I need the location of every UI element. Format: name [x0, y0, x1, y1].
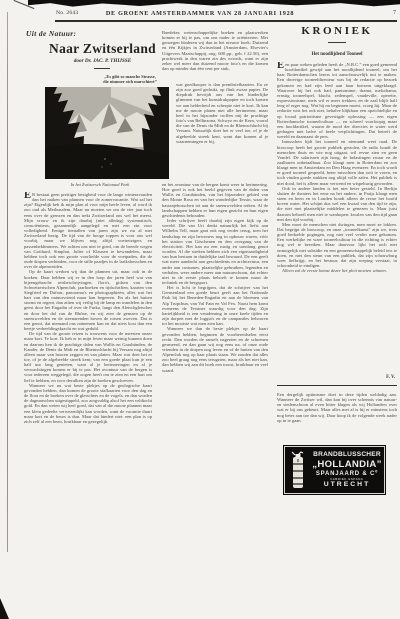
- kroniek-title: KRONIEK: [277, 25, 397, 37]
- header-rule: [55, 20, 397, 22]
- kroniek-after-paragraph: Een dergelijk optimisme doet in deze tij…: [277, 392, 397, 442]
- paragraph: Op de kaart werken wij dan de plannen ui…: [24, 269, 152, 331]
- byline-divider: [94, 68, 110, 69]
- masthead-title: DE GROENE AMSTERDAMMER VAN 28 JANUARI 19…: [0, 10, 400, 17]
- ad-line-city: UTRECHT: [308, 482, 386, 489]
- drop-cap: E: [277, 62, 285, 71]
- fire-extinguisher-icon: [289, 450, 307, 490]
- paragraph: De tijd van de groote reizen is trouwens…: [24, 331, 152, 383]
- kroniek-subheading: Het noodlijdend Tooneel: [277, 52, 397, 57]
- paragraph: Het is licht te begrijpen, dat de schrij…: [162, 285, 268, 326]
- article-title: Naar Zwitserland: [35, 41, 170, 57]
- paragraph: wat goedkooper is dan prentbriefkaarten.…: [176, 82, 268, 144]
- page-left-edge-line: [7, 12, 8, 552]
- ad-line-company: SPANJAARD & Cº: [308, 471, 386, 477]
- torn-paper-edge: [28, 0, 400, 7]
- kroniek-body: Een paar weken geleden heeft de „N.R.C.”…: [277, 62, 397, 373]
- paragraph: Intusschen lijdt het tooneel en niemand …: [277, 139, 397, 185]
- photo-caption: In het Zwitsersch Nationaal Park: [30, 182, 170, 187]
- paragraph: Ieder schrijver heeft daarbij zijn eigen…: [162, 218, 268, 285]
- page-number: 7: [384, 10, 396, 16]
- article-kicker: Uit de Natuur:: [26, 29, 76, 38]
- paragraph: en het avontuur van de bergen komt weer …: [162, 182, 268, 218]
- article-body-col2: Baedeker, wetenschappelijke boeken en pl…: [162, 30, 268, 486]
- kroniek-signature: F. V.: [277, 375, 395, 380]
- paragraph: Baedeker, wetenschappelijke boeken en pl…: [162, 30, 268, 71]
- paragraph: Wanneer we nu wat beste plekjes op de ge…: [24, 383, 152, 424]
- ad-line-brand: „HOLLANDIA”: [308, 460, 386, 470]
- col2-segment-bottom: en het avontuur van de bergen komt weer …: [162, 182, 268, 486]
- paragraph: Ook in andere landen is het niet beter g…: [277, 186, 397, 222]
- col2-segment-top: Baedeker, wetenschappelijke boeken en pl…: [162, 30, 268, 82]
- paragraph: Een paar weken geleden heeft de „N.R.C.”…: [277, 62, 397, 139]
- paragraph: ER bestaat geen prettiger bezigheid voor…: [24, 192, 152, 269]
- kroniek-rule: [277, 385, 397, 386]
- article-byline: door Dr. JAC. P. THIJSSE: [35, 58, 170, 64]
- drop-cap: E: [24, 192, 32, 201]
- brandblusscher-ad: BRANDBLUSSCHER „HOLLANDIA” SPANJAARD & C…: [283, 445, 386, 495]
- kroniek-closing-line: Alleen zal de eerste komst dezer het ple…: [277, 268, 397, 273]
- ad-text: BRANDBLUSSCHER „HOLLANDIA” SPANJAARD & C…: [308, 452, 386, 489]
- paragraph: Men moet de menschen niet dwingen, men m…: [277, 222, 397, 268]
- kroniek-divider: [328, 42, 346, 43]
- article-body-col1: ER bestaat geen prettiger bezigheid voor…: [24, 192, 152, 498]
- paragraph: Een dergelijk optimisme doet in deze tij…: [277, 392, 397, 423]
- newspaper-page: No. 2643 DE GROENE AMSTERDAMMER VAN 28 J…: [0, 0, 400, 619]
- paragraph: Wanneer we dan de beste plekjes op de ka…: [162, 326, 268, 372]
- ad-line-product: BRANDBLUSSCHER: [308, 452, 386, 459]
- mountain-photo: [45, 87, 169, 179]
- col2-segment-beside-photo: wat goedkooper is dan prentbriefkaarten.…: [176, 82, 268, 182]
- corner-scan-mark: [0, 598, 9, 619]
